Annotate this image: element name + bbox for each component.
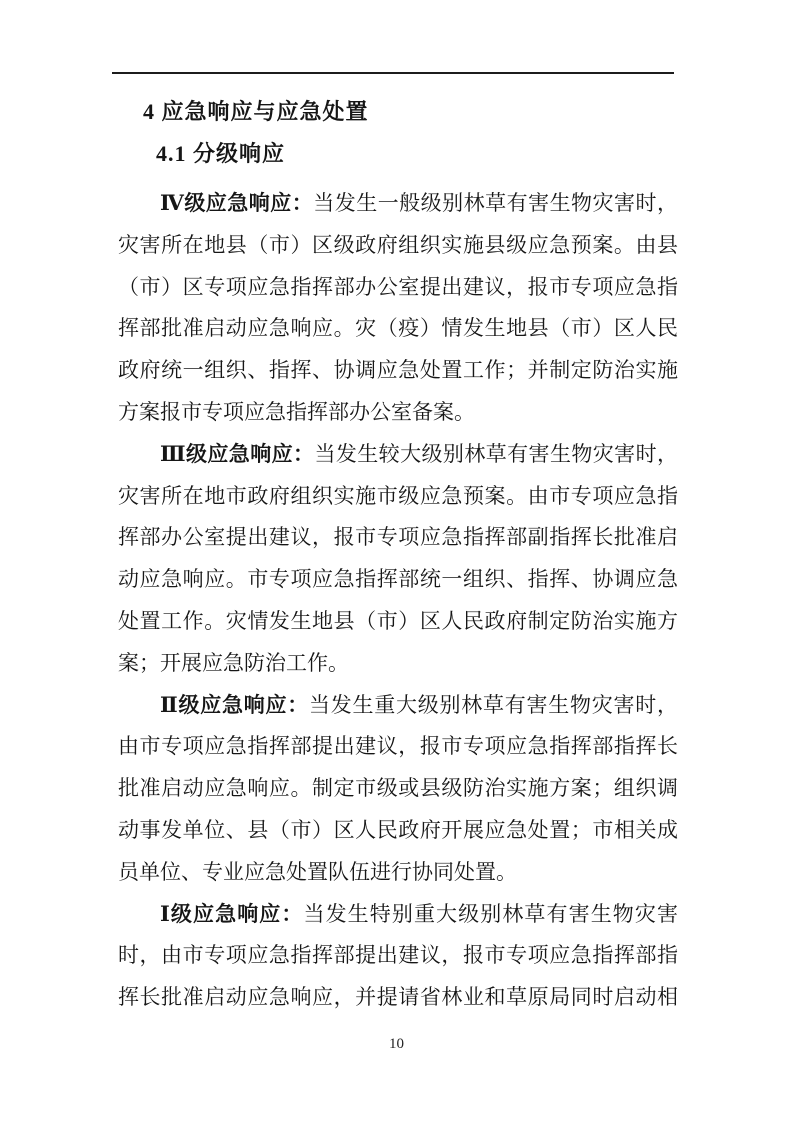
paragraph-level-ii: Ⅱ级应急响应：当发生重大级别林草有害生物灾害时， 由市专项应急指挥部提出建议，报… [118, 685, 678, 894]
text-line: Ⅱ级应急响应：当发生重大级别林草有害生物灾害时， [118, 685, 678, 727]
text-run: 当发生特别重大级别林草有害生物灾害 [303, 902, 678, 926]
text-line: Ⅰ级应急响应：当发生特别重大级别林草有害生物灾害 [118, 894, 678, 936]
run-in-heading: Ⅰ级应急响应： [160, 902, 303, 926]
text-line: 挥部批准启动应急响应。灾（疫）情发生地县（市）区人民 [118, 308, 678, 350]
header-rule-divider [112, 72, 674, 74]
text-line: 方案报市专项应急指挥部办公室备案。 [118, 392, 678, 434]
text-line: 灾害所在地县（市）区级政府组织实施县级应急预案。由县 [118, 225, 678, 267]
text-run: 当发生较大级别林草有害生物灾害时， [314, 442, 678, 466]
text-line: 政府统一组织、指挥、协调应急处置工作；并制定防治实施 [118, 350, 678, 392]
text-line: 批准启动应急响应。制定市级或县级防治实施方案；组织调 [118, 768, 678, 810]
paragraph-level-i: Ⅰ级应急响应：当发生特别重大级别林草有害生物灾害 时，由市专项应急指挥部提出建议… [118, 894, 678, 1019]
page-content: 4 应急响应与应急处置 4.1 分级响应 Ⅳ级应急响应：当发生一般级别林草有害生… [118, 75, 678, 1019]
subsection-heading: 4.1 分级响应 [118, 133, 678, 175]
text-line: 挥长批准启动应急响应，并提请省林业和草原局同时启动相 [118, 977, 678, 1019]
page-number: 10 [0, 1036, 793, 1053]
run-in-heading: Ⅱ级应急响应： [160, 693, 309, 717]
paragraph-level-iv: Ⅳ级应急响应：当发生一般级别林草有害生物灾害时， 灾害所在地县（市）区级政府组织… [118, 183, 678, 434]
text-line: 时，由市专项应急指挥部提出建议，报市专项应急指挥部指 [118, 935, 678, 977]
text-run: 当发生重大级别林草有害生物灾害时， [309, 693, 678, 717]
text-line: （市）区专项应急指挥部办公室提出建议，报市专项应急指 [118, 267, 678, 309]
text-line: 案；开展应急防治工作。 [118, 643, 678, 685]
text-line: 动事发单位、县（市）区人民政府开展应急处置；市相关成 [118, 810, 678, 852]
text-line: 处置工作。灾情发生地县（市）区人民政府制定防治实施方 [118, 601, 678, 643]
text-line: 灾害所在地市政府组织实施市级应急预案。由市专项应急指 [118, 476, 678, 518]
run-in-heading: Ⅳ级应急响应： [160, 191, 313, 215]
body-text: Ⅳ级应急响应：当发生一般级别林草有害生物灾害时， 灾害所在地县（市）区级政府组织… [118, 183, 678, 1019]
text-line: 员单位、专业应急处置队伍进行协同处置。 [118, 852, 678, 894]
text-line: 挥部办公室提出建议，报市专项应急指挥部副指挥长批准启 [118, 517, 678, 559]
run-in-heading: Ⅲ级应急响应： [160, 442, 314, 466]
paragraph-level-iii: Ⅲ级应急响应：当发生较大级别林草有害生物灾害时， 灾害所在地市政府组织实施市级应… [118, 434, 678, 685]
text-line: 动应急响应。市专项应急指挥部统一组织、指挥、协调应急 [118, 559, 678, 601]
section-heading: 4 应急响应与应急处置 [118, 91, 678, 133]
text-line: Ⅲ级应急响应：当发生较大级别林草有害生物灾害时， [118, 434, 678, 476]
text-run: 当发生一般级别林草有害生物灾害时， [313, 191, 678, 215]
text-line: 由市专项应急指挥部提出建议，报市专项应急指挥部指挥长 [118, 726, 678, 768]
text-line: Ⅳ级应急响应：当发生一般级别林草有害生物灾害时， [118, 183, 678, 225]
document-page: 4 应急响应与应急处置 4.1 分级响应 Ⅳ级应急响应：当发生一般级别林草有害生… [0, 0, 793, 1122]
